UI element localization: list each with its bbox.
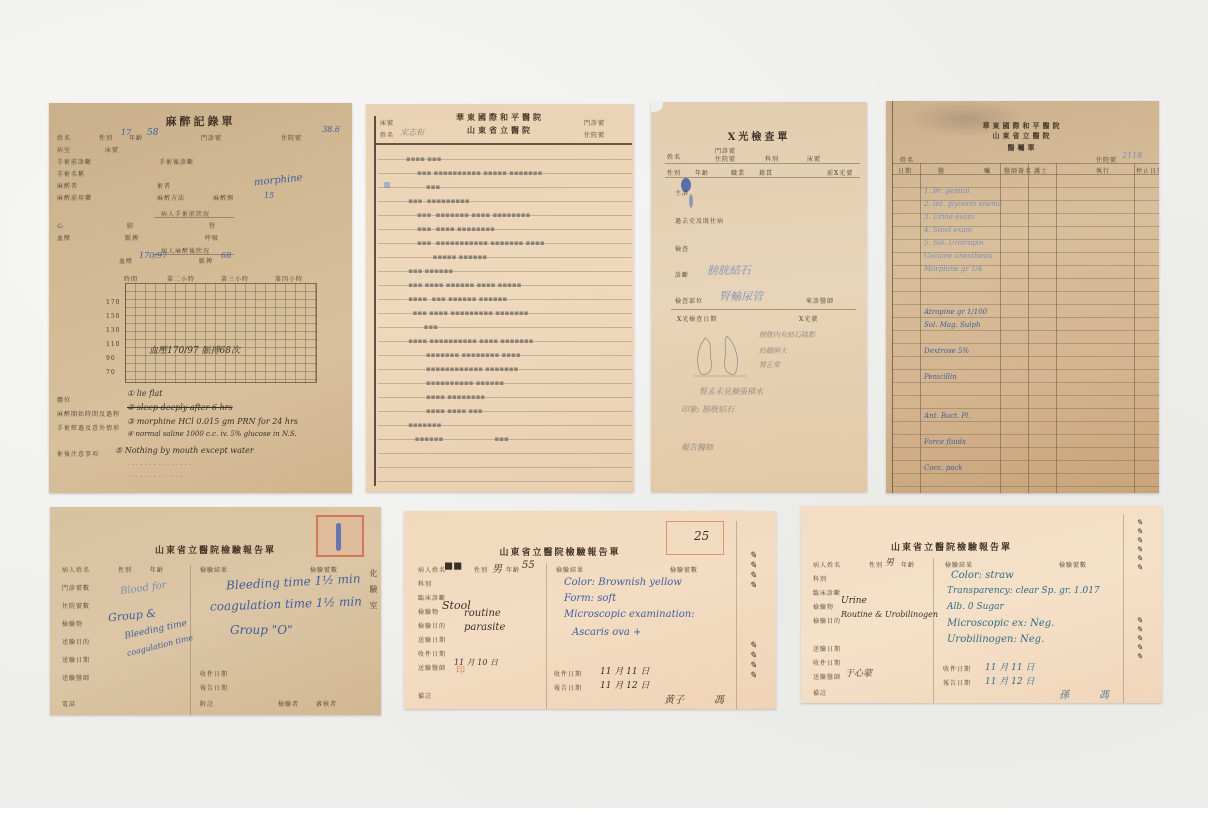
torn-corner	[651, 102, 663, 112]
document-title: X光檢查單	[651, 128, 867, 143]
field-label: 報告日期	[943, 678, 971, 687]
field-label: 年齡	[150, 565, 164, 574]
pulse-value: 68	[221, 251, 231, 260]
hospital-name: 山東省立醫院	[886, 131, 1159, 141]
field-label: 送驗目的	[62, 637, 90, 646]
field-label: 檢驗結果	[945, 560, 973, 569]
vital-signs-chart	[125, 283, 317, 383]
patient-name: ◼◼	[444, 559, 462, 572]
order-entry: 3. Urine exam	[924, 213, 974, 221]
order-entry: Ant. Bact. Pl.	[924, 412, 971, 420]
result-line: Color: straw	[951, 570, 1014, 581]
report-line: 腎正常	[759, 360, 780, 370]
field-label: 姓名	[57, 133, 71, 142]
field-label: 住院號數	[62, 601, 90, 610]
margin-line	[374, 116, 376, 486]
field-label: 收件日期	[813, 658, 841, 667]
field-label: 手術名稱	[57, 169, 85, 178]
field-label: 送驗醫師	[62, 673, 90, 682]
document-title: 醫囑單	[886, 143, 1159, 153]
field-label: 電話	[62, 699, 76, 708]
order-entry: Dextrose 5%	[924, 347, 969, 355]
order-entry: Cocc. pack	[924, 464, 963, 472]
anesthesia-record: 麻醉記錄單 38.6 姓名 性別 17 年齡 58 門診號 住院號 病室 床號 …	[49, 103, 352, 493]
chart-note: 血壓170/97 脈搏68次	[149, 343, 240, 356]
report-line: 印象: 膀胱結石	[681, 404, 734, 415]
vertical-note: ✎✎✎✎	[748, 551, 758, 591]
report-line: 膀胱內有結石陰影	[759, 330, 815, 340]
field-label: 檢驗目的	[813, 616, 841, 625]
section-label: X光號	[799, 314, 818, 323]
field-label: 職業	[731, 168, 745, 177]
result-line: Group "O"	[230, 623, 293, 637]
field-label: 性別	[474, 565, 488, 574]
order-entry: Force fluids	[924, 438, 966, 446]
column-divider	[1123, 514, 1124, 703]
order-note: ② sleep deeply after 6 hrs	[127, 403, 233, 412]
patient-name: 宋志和	[400, 127, 424, 138]
result-line: Alb. 0 Sugar	[947, 602, 1004, 612]
field-label: 年齡	[129, 133, 143, 142]
field-label: 住院號	[715, 154, 736, 163]
field-label: 送驗日期	[813, 644, 841, 653]
field-label: 床號	[380, 118, 394, 127]
field-label: 科別	[813, 574, 827, 583]
xray-request: X光檢查單 姓名 門診號 住院號 科別 床號 性別 年齡 職業 籍貫 前X光號 …	[651, 102, 867, 492]
bottom-border	[0, 808, 1208, 814]
section-label: 來診醫師	[806, 296, 834, 305]
field-label: 籍貫	[759, 168, 773, 177]
bottom-label: 體位	[57, 395, 71, 404]
field-label: 報告日期	[554, 683, 582, 692]
field-label: 檢驗結果	[200, 565, 228, 574]
field-label: 病人姓名	[813, 560, 841, 569]
field-label: 性別	[869, 560, 883, 569]
field-label: 性別	[118, 565, 132, 574]
field-label: 門診號	[584, 118, 605, 127]
field-label: 收件日期	[200, 669, 228, 678]
result-line: Color: Brownish yellow	[564, 577, 682, 588]
receive-date: 11 月 11 日	[985, 660, 1035, 673]
signature: 孫	[1059, 686, 1069, 701]
hospital-name: 華東國際和平醫院	[886, 121, 1159, 131]
handwritten-value: 58	[147, 128, 158, 138]
order-entry: Penicillin	[924, 373, 957, 381]
ink-stain	[384, 182, 390, 188]
field-label: 住院號	[584, 130, 605, 139]
field-label: 麻醉前用藥	[57, 193, 92, 202]
report-date: 11 月 12 日	[985, 674, 1035, 687]
field-label: 收件日期	[943, 664, 971, 673]
section-label: 檢查部位	[675, 296, 703, 305]
section-label: 過去史及既往病	[675, 216, 724, 225]
order-entry: Cocaine anesthesia	[924, 252, 993, 260]
result-line: Form: soft	[564, 593, 616, 604]
field-label: 檢驗物	[813, 602, 834, 611]
sex-value: 男	[492, 560, 502, 575]
bottom-label: 術後注意事項	[57, 449, 99, 458]
section-label: 診斷	[675, 270, 689, 279]
lab-report-stool: 25 山東省立醫院檢驗報告單 病人姓名 ◼◼ 性別 男 年齡 55 檢驗結果 檢…	[404, 511, 776, 709]
field-label: 肺	[127, 221, 134, 230]
order-entry: 2. Int. glycerin enema	[924, 200, 1002, 208]
divider	[665, 163, 860, 164]
field-label: 年齡	[901, 560, 915, 569]
order-entry: 1. Br. genital	[924, 187, 970, 195]
field-label: 前X光號	[827, 168, 853, 177]
vertical-note: ✎✎✎✎✎	[1135, 616, 1144, 661]
field-label: 姓名	[667, 152, 681, 161]
field-label: 送驗醫師	[418, 663, 446, 672]
divider	[154, 217, 234, 218]
column-divider	[546, 563, 547, 709]
order-entry: 5. Sol. Urotropin	[924, 239, 984, 247]
chart-y-label: 90	[106, 355, 116, 362]
document-title: 山東省立醫院檢驗報告單	[801, 540, 1102, 553]
chart-y-label: 150	[106, 313, 120, 320]
header-divider	[892, 163, 1159, 164]
field-label: 門診號	[201, 133, 222, 142]
result-line: Transparency: clear Sp. gr. 1.017	[947, 586, 1100, 596]
age-value: 55	[522, 560, 535, 571]
field-label: 病人姓名	[418, 565, 446, 574]
order-note: ⑤ Nothing by mouth except water	[115, 446, 254, 455]
kidney-sketch-icon	[691, 330, 751, 380]
bp-value: 170/97	[139, 251, 167, 260]
column-divider	[933, 558, 934, 703]
field-label: 床號	[105, 145, 119, 154]
pulse-label: 脈搏	[199, 256, 213, 265]
order-note: ③ morphine HCl 0.015 gm PRN for 24 hrs	[127, 417, 298, 426]
purpose-value: routine parasite	[464, 607, 524, 635]
field-label: 收件日期	[418, 649, 446, 658]
lab-report-blood: 山東省立醫院檢驗報告單 病人姓名 性別 年齡 檢驗結果 檢驗號數 門診號數 住院…	[50, 507, 381, 715]
field-label: 性別	[99, 133, 113, 142]
signature: 馮	[1099, 686, 1109, 701]
handwritten-drug: morphine	[254, 172, 304, 188]
result-line: Urobilinogen: Neg.	[947, 634, 1044, 645]
document-title: 麻醉記錄單	[49, 113, 352, 129]
ink-stain	[689, 194, 693, 208]
order-entry: Morphine gr 1/4	[924, 265, 982, 273]
field-label: 科別	[765, 154, 779, 163]
faded-handwriting: ▪▪▪▪ ▪▪▪ ▪▪▪ ▪▪▪▪▪▪▪▪▪▪ ▪▪▪▪▪ ▪▪▪▪▪▪▪ ▪▪…	[406, 152, 545, 446]
field-label: 腎	[209, 221, 216, 230]
result-line: Ascaris ova +	[572, 627, 641, 638]
divider	[665, 177, 860, 178]
result-line: Bleeding time 1½ min	[226, 571, 361, 592]
exam-region-value: 腎輸尿管	[719, 288, 763, 304]
bed-value: 2118	[1122, 151, 1142, 160]
side-label: 化驗室	[368, 569, 379, 617]
field-label: 送驗日期	[62, 655, 90, 664]
report-line: 報告醫師	[681, 442, 713, 453]
section-label: X光檢查日期	[677, 314, 717, 323]
divider	[671, 309, 856, 310]
chart-y-label: 170	[106, 299, 120, 306]
progress-notes: 華東國際和平醫院 山東省立醫院 床號 姓名 宋志和 門診號 住院號 ▪▪▪▪ ▪…	[366, 104, 634, 492]
field-label: 附註	[200, 699, 214, 708]
stamp-number: 25	[694, 529, 709, 543]
field-label: 手術後診斷	[159, 157, 194, 166]
sex-value: 男	[885, 555, 894, 568]
field-label: 臨床診斷	[813, 588, 841, 597]
field-label: 檢驗者	[278, 699, 299, 708]
field-label: 門診號數	[62, 583, 90, 592]
field-label: 檢驗目的	[418, 621, 446, 630]
field-label: 審核者	[316, 699, 337, 708]
specimen-value: Urine	[841, 596, 867, 606]
field-label: 麻醉劑	[213, 193, 234, 202]
field-label: 年齡	[695, 168, 709, 177]
receive-date: 11 月 11 日	[600, 664, 650, 677]
order-entry: Atropine gr 1/100	[924, 308, 987, 316]
header-divider	[376, 143, 632, 145]
report-line: 約鵝卵大	[759, 346, 787, 356]
document-title: 山東省立醫院檢驗報告單	[50, 543, 381, 556]
field-label: 檢驗物	[418, 607, 439, 616]
faded-note: · · · · · · · · · · · · ·	[127, 473, 183, 481]
field-label: 備註	[813, 688, 827, 697]
field-label: 血壓	[57, 233, 71, 242]
doctor-orders: 華東國際和平醫院 山東省立醫院 醫囑單 姓名 住院號 2118 日期 醫 囑 醫…	[886, 101, 1159, 493]
bottom-label: 手術經過及意外情形	[57, 423, 120, 432]
field-label: 住院號	[281, 133, 302, 142]
physician-value: 于心蒙	[845, 666, 872, 679]
field-label: 麻醉方法	[157, 193, 185, 202]
handwritten-note: 38.6	[322, 125, 340, 134]
report-date: 11 月 12 日	[600, 678, 650, 691]
field-label: 檢驗號數	[670, 565, 698, 574]
bp-label: 血壓	[119, 256, 133, 265]
specimen-note: Blood for	[119, 580, 167, 597]
signature: 黄子	[664, 691, 684, 706]
field-label: 收件日期	[554, 669, 582, 678]
order-entry: 4. Stool exam	[924, 226, 972, 234]
order-note: ① lie flat	[127, 389, 162, 398]
field-label: 病人姓名	[62, 565, 90, 574]
field-label: 檢驗號數	[1059, 560, 1087, 569]
signature: 馮	[714, 691, 724, 706]
purpose-value: Routine & Urobilinogen	[841, 610, 938, 619]
field-label: 呼吸	[205, 233, 219, 242]
field-label: 麻醉者	[57, 181, 78, 190]
chart-y-label: 110	[106, 341, 120, 348]
chart-y-label: 130	[106, 327, 120, 334]
bottom-label: 麻醉開始時間及過程	[57, 409, 120, 418]
field-label: 檢驗結果	[556, 565, 584, 574]
order-entry: Sol. Mag. Sulph	[924, 321, 981, 329]
field-label: 病室	[57, 145, 71, 154]
field-label: 檢驗物	[62, 619, 83, 628]
field-label: 科別	[418, 579, 432, 588]
field-label: 年齡	[506, 565, 520, 574]
vertical-note: ✎✎✎✎✎✎	[1135, 518, 1144, 572]
field-label: 床號	[807, 154, 821, 163]
document-title: 山東省立醫院檢驗報告單	[404, 545, 716, 558]
field-label: 術者	[157, 181, 171, 190]
red-seal-mark: 印	[456, 663, 465, 676]
column-divider	[736, 521, 737, 709]
result-line: Microscopic ex: Neg.	[947, 618, 1054, 629]
field-label: 送驗日期	[418, 635, 446, 644]
field-label: 心	[57, 221, 64, 230]
field-label: 手術前診斷	[57, 157, 92, 166]
field-label: 脈搏	[125, 233, 139, 242]
chart-y-label: 70	[106, 369, 116, 376]
vertical-note: ✎✎✎✎	[748, 641, 758, 681]
chart-header: 第四小時	[275, 274, 303, 283]
chart-header: 第三小時	[221, 274, 249, 283]
diagnosis-value: 膀胱結石	[707, 262, 751, 278]
specimen-note: Group &	[107, 607, 156, 625]
field-label: 送驗醫師	[813, 672, 841, 681]
report-line: 腎盂未見擴張積水	[699, 386, 763, 397]
section-label: 主訴	[675, 188, 689, 197]
section-label: 檢查	[675, 244, 689, 253]
result-line: coagulation time 1½ min	[210, 594, 362, 613]
field-label: 備註	[418, 691, 432, 700]
field-label: 報告日期	[200, 683, 228, 692]
order-note: ④ normal saline 1000 c.c. iv. 5% glucose…	[127, 430, 297, 438]
field-label: 姓名	[380, 130, 394, 139]
faded-note: · · · · · · · · · · · · · · ·	[127, 461, 192, 469]
handwritten-dose: 15	[264, 191, 274, 200]
chart-header: 第二小時	[167, 274, 195, 283]
result-line: Microscopic examination:	[564, 609, 695, 620]
field-label: 性別	[667, 168, 681, 177]
lab-report-urine: 山東省立醫院檢驗報告單 病人姓名 性別 男 年齡 檢驗結果 檢驗號數 科別 臨床…	[801, 506, 1162, 703]
chart-header: 時間	[124, 274, 138, 283]
